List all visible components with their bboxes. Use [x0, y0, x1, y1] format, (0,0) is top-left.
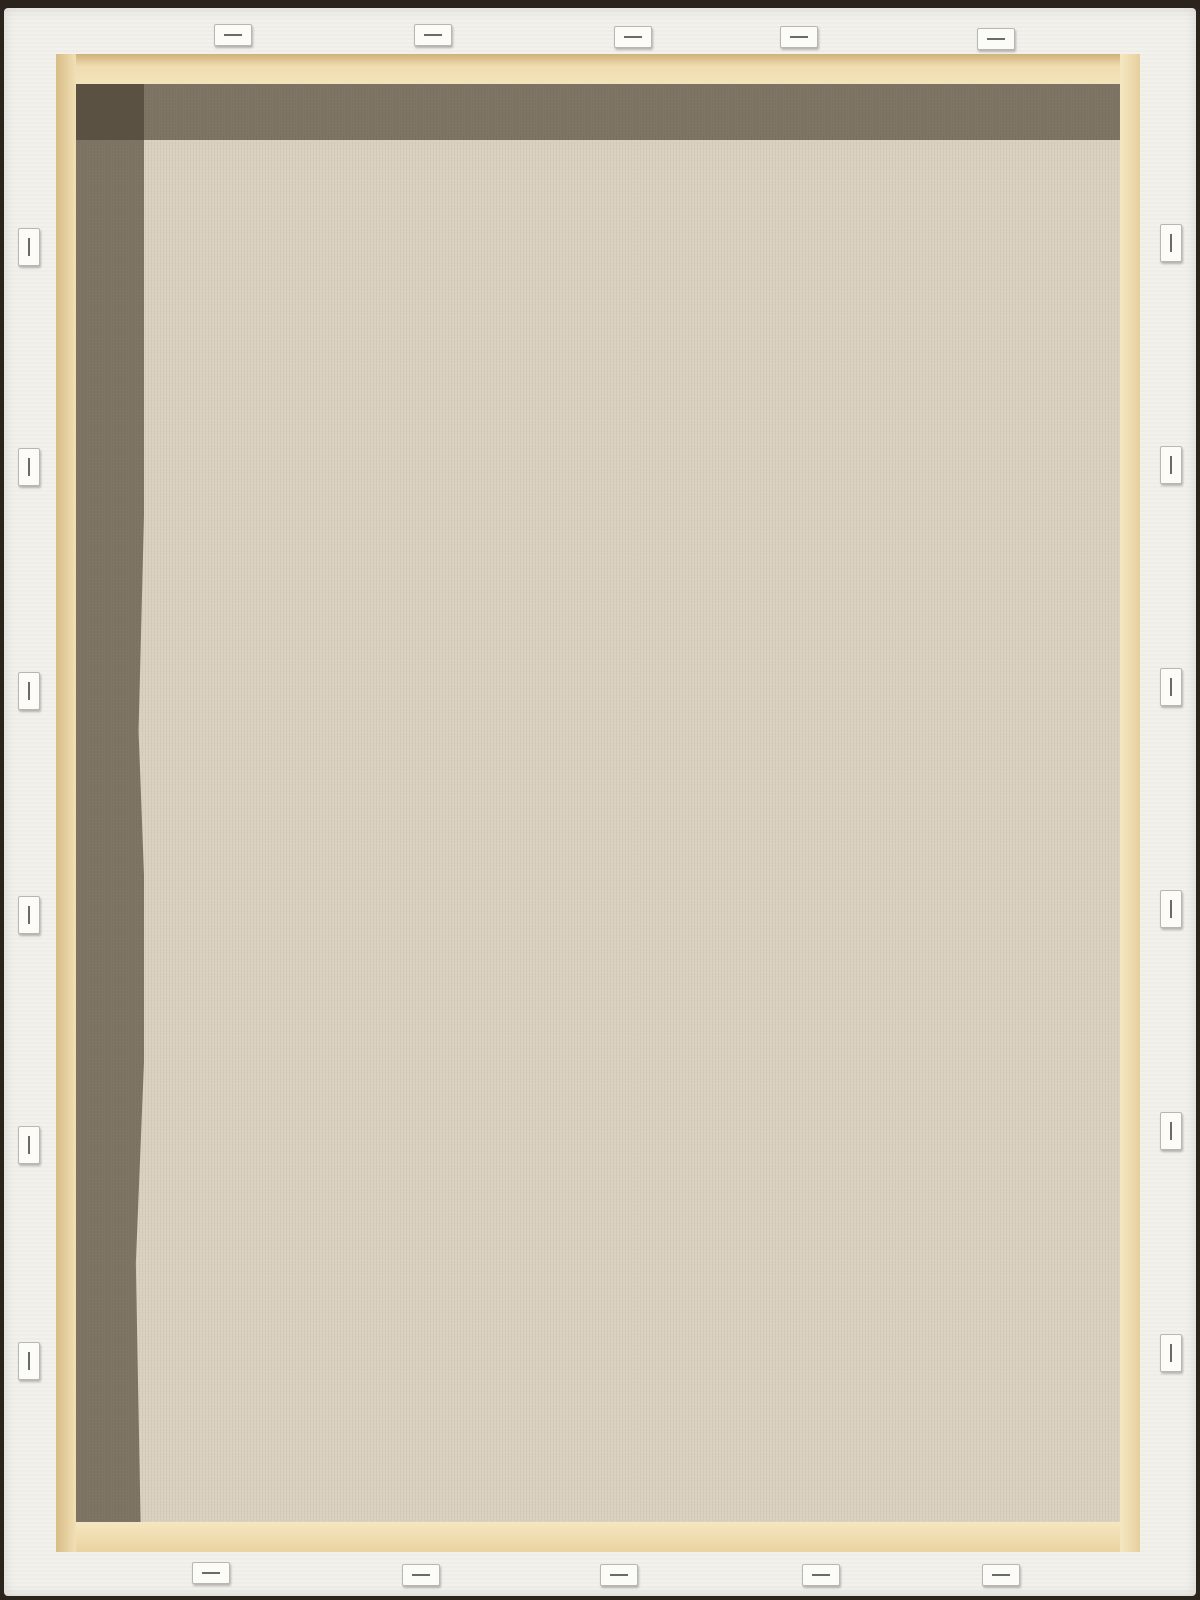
staple-icon — [18, 1126, 40, 1164]
cast-shadow-left — [76, 84, 144, 1522]
staple-icon — [1160, 1334, 1182, 1372]
staple-icon — [600, 1564, 638, 1586]
staple-icon — [802, 1564, 840, 1586]
staple-icon — [18, 448, 40, 486]
staple-icon — [1160, 668, 1182, 706]
staple-icon — [214, 24, 252, 46]
staple-icon — [18, 228, 40, 266]
canvas-back-photo — [0, 0, 1200, 1600]
staple-icon — [982, 1564, 1020, 1586]
staple-icon — [18, 672, 40, 710]
stretcher-bar-left — [56, 54, 76, 1552]
staple-icon — [402, 1564, 440, 1586]
stretcher-bar-right — [1120, 54, 1140, 1552]
staple-icon — [780, 26, 818, 48]
staple-icon — [192, 1562, 230, 1584]
staple-icon — [614, 26, 652, 48]
staple-icon — [414, 24, 452, 46]
staple-icon — [1160, 446, 1182, 484]
staple-icon — [18, 896, 40, 934]
raw-linen-back — [76, 84, 1120, 1522]
stretcher-bar-bottom — [56, 1522, 1140, 1552]
staple-icon — [1160, 224, 1182, 262]
stretcher-bar-top — [56, 54, 1140, 84]
staple-icon — [1160, 890, 1182, 928]
staple-icon — [18, 1342, 40, 1380]
staple-icon — [977, 28, 1015, 50]
cast-shadow-top — [76, 84, 1120, 140]
staple-icon — [1160, 1112, 1182, 1150]
